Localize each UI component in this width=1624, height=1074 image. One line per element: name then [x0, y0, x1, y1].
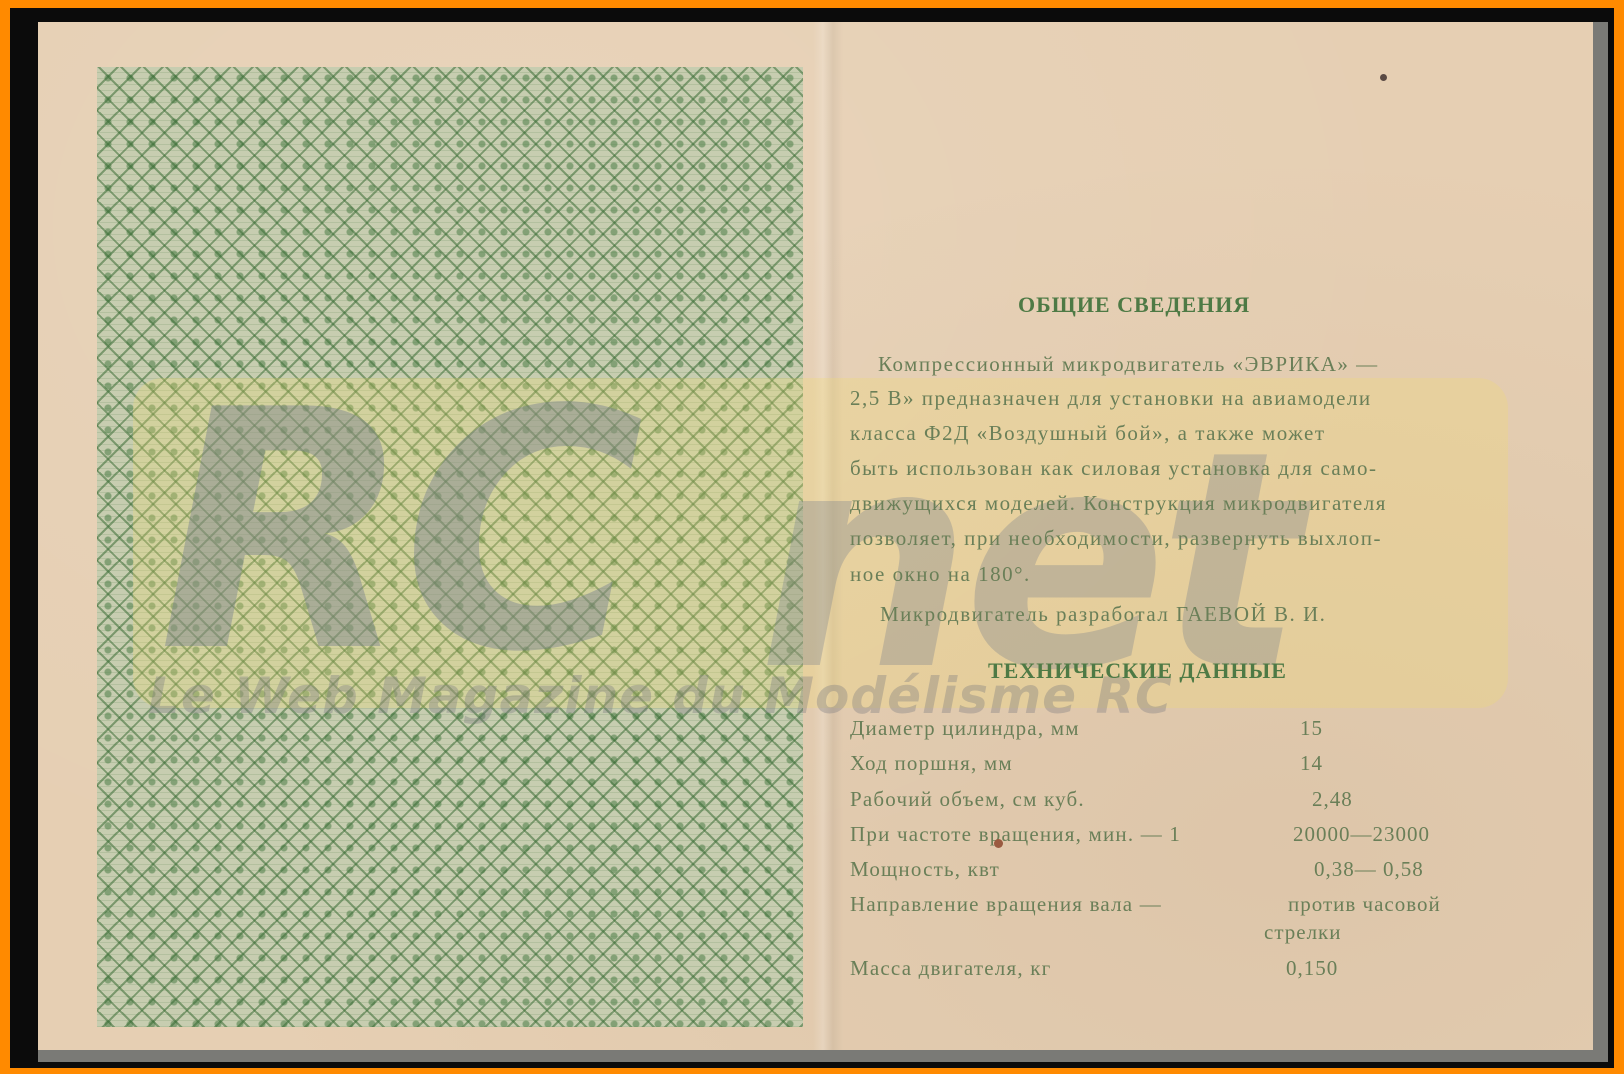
paragraph-line: ное окно на 180°. [850, 562, 1031, 587]
paragraph-line: позволяет, при необходимости, развернуть… [850, 526, 1382, 551]
paragraph-line: Компрессионный микродвигатель «ЭВРИКА» — [878, 352, 1379, 377]
ink-speck [1380, 74, 1387, 81]
spec-label-displacement: Рабочий объем, см куб. [850, 787, 1085, 812]
spec-label-piston-stroke: Ход поршня, мм [850, 751, 1013, 776]
image-frame: RC net Le Web Magazine du Modélisme RC О… [10, 8, 1614, 1068]
spec-value-rpm: 20000—23000 [1293, 822, 1430, 847]
spec-label-cylinder-diameter: Диаметр цилиндра, мм [850, 716, 1080, 741]
paragraph-line: быть использован как силовая установка д… [850, 456, 1378, 481]
spec-label-rotation-direction: Направление вращения вала — [850, 892, 1162, 917]
watermark-logo-rc: RC [158, 382, 634, 682]
spec-label-power: Мощность, квт [850, 857, 1000, 882]
section-title-general: ОБЩИЕ СВЕДЕНИЯ [1018, 292, 1250, 318]
spec-value-power: 0,38— 0,58 [1314, 857, 1424, 882]
spec-value-piston-stroke: 14 [1300, 751, 1323, 776]
spec-value-displacement: 2,48 [1312, 787, 1353, 812]
spec-value-rotation-direction: против часовой [1288, 892, 1441, 917]
section-title-technical: ТЕХНИЧЕСКИЕ ДАННЫЕ [988, 658, 1287, 684]
author-line: Микродвигатель разработал ГАЕВОЙ В. И. [880, 602, 1326, 627]
leaflet-page: RC net Le Web Magazine du Modélisme RC О… [38, 22, 1593, 1050]
spec-label-engine-mass: Масса двигателя, кг [850, 956, 1051, 981]
spec-value-rotation-direction-cont: стрелки [1264, 920, 1342, 945]
spec-value-engine-mass: 0,150 [1286, 956, 1338, 981]
paragraph-line: движущихся моделей. Конструкция микродви… [850, 491, 1387, 516]
paragraph-line: класса Ф2Д «Воздушный бой», а также може… [850, 421, 1326, 446]
spec-label-rpm: При частоте вращения, мин. — 1 [850, 822, 1181, 847]
scan-background: RC net Le Web Magazine du Modélisme RC О… [38, 22, 1608, 1062]
ink-stain [994, 839, 1003, 848]
spec-value-cylinder-diameter: 15 [1300, 716, 1323, 741]
paragraph-line: 2,5 В» предназначен для установки на ави… [850, 386, 1372, 411]
